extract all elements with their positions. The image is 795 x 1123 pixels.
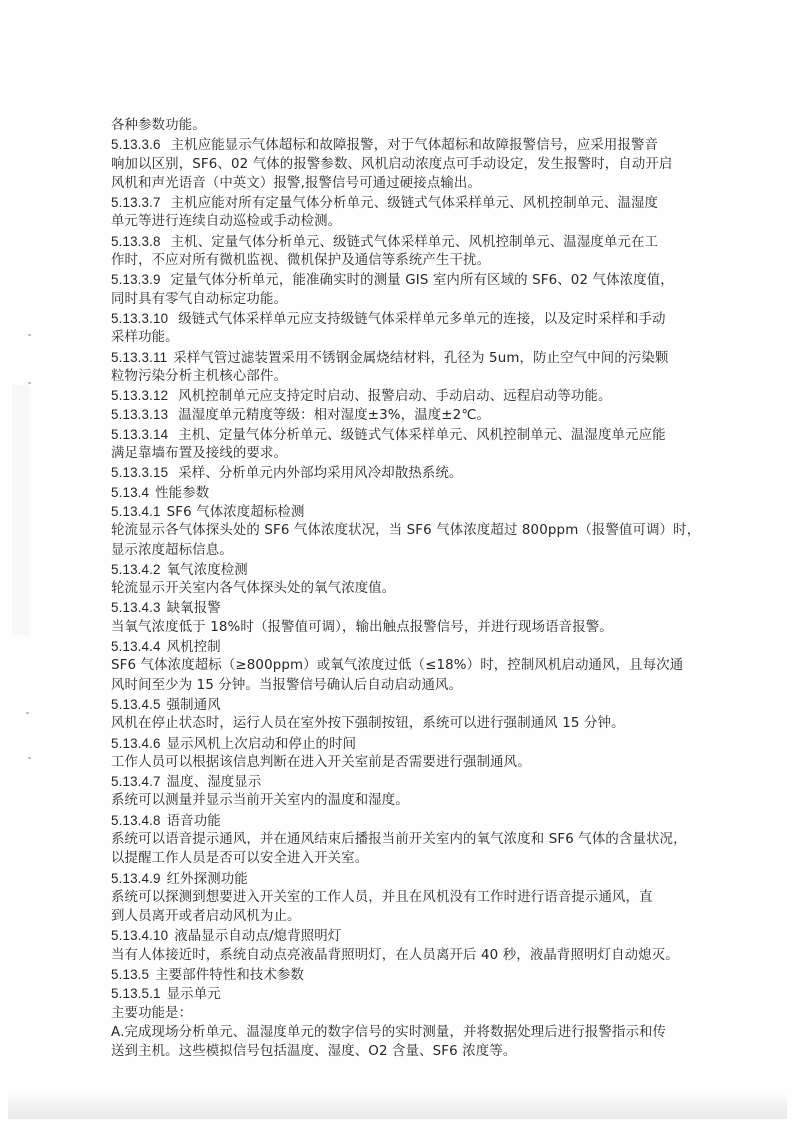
paragraph-line: 系统可以探测到想要进入开关室的工作人员，并且在风机没有工作时进行语音提示通风，直 xyxy=(111,888,691,907)
body-text: 风机在停止状态时，运行人员在室外按下强制按钮，系统可以进行强制通风 15 分钟。 xyxy=(111,716,625,731)
section-number: 5.13.3.14 xyxy=(111,427,168,442)
section-line: 5.13.4.7温度、湿度显示 xyxy=(111,772,691,791)
paragraph-line: 轮流显示各气体探头处的 SF6 气体浓度状况，当 SF6 气体浓度超过 800p… xyxy=(111,521,691,540)
section-number: 5.13.4.5 xyxy=(111,697,161,712)
body-text: 系统可以探测到想要进入开关室的工作人员，并且在风机没有工作时进行语音提示通风，直 xyxy=(111,890,653,905)
paragraph-line: 送到主机。这些模拟信号包括温度、湿度、O2 含量、SF6 浓度等。 xyxy=(111,1042,691,1061)
section-number: 5.13.4.9 xyxy=(111,871,161,886)
section-text: 主机应能显示气体超标和故障报警，对于气体超标和故障报警信号，应采用报警音 xyxy=(171,138,658,153)
section-number: 5.13.4.2 xyxy=(111,562,161,577)
scan-speck xyxy=(28,382,31,384)
body-text: 当有人体接近时，系统自动点亮液晶背照明灯，在人员离开后 40 秒，液晶背照明灯自… xyxy=(111,948,679,963)
document-page: 各种参数功能。5.13.3.6主机应能显示气体超标和故障报警，对于气体超标和故障… xyxy=(0,0,795,1123)
section-text: 语音功能 xyxy=(167,814,221,829)
paragraph-line: SF6 气体浓度超标（≥800ppm）或氧气浓度过低（≤18%）时，控制风机启动… xyxy=(111,656,691,675)
section-line: 5.13.5主要部件特性和技术参数 xyxy=(111,965,691,984)
section-number: 5.13.5 xyxy=(111,967,149,982)
body-text: 以提醒工作人员是否可以安全进入开关室。 xyxy=(111,851,368,866)
section-line: 5.13.4.10液晶显示自动点/熄背照明灯 xyxy=(111,926,691,945)
paragraph-line: 采样功能。 xyxy=(111,328,691,347)
paragraph-line: 轮流显示开关室内各气体探头处的氧气浓度值。 xyxy=(111,579,691,598)
section-number: 5.13.4.4 xyxy=(111,639,161,654)
section-line: 5.13.3.10级链式气体采样单元应支持级链气体采样单元多单元的连接，以及定时… xyxy=(111,309,691,328)
section-text: 主机、定量气体分析单元、级链式气体采样单元、风机控制单元、温湿度单元在工 xyxy=(171,235,658,250)
section-number: 5.13.3.15 xyxy=(111,465,168,480)
section-number: 5.13.4.7 xyxy=(111,774,161,789)
section-line: 5.13.4.2氧气浓度检测 xyxy=(111,560,691,579)
body-text: 响加以区别，SF6、02 气体的报警参数、风机启动浓度点可手动设定，发生报警时，… xyxy=(111,157,672,172)
body-text: 同时具有零气自动标定功能。 xyxy=(111,292,287,307)
section-text: 性能参数 xyxy=(155,486,209,501)
paragraph-line: 风机和声光语音（中英文）报警,报警信号可通过硬接点输出。 xyxy=(111,174,691,193)
section-number: 5.13.3.6 xyxy=(111,137,161,152)
section-line: 5.13.4.1SF6 气体浓度超标检测 xyxy=(111,502,691,521)
body-text: 作时，不应对所有微机监视、微机保护及通信等系统产生干扰。 xyxy=(111,253,490,268)
paragraph-line: 显示浓度超标信息。 xyxy=(111,541,691,560)
section-number: 5.13.4.10 xyxy=(111,928,168,943)
paragraph-line: 风时间至少为 15 分钟。当报警信号确认后自动启动通风。 xyxy=(111,676,691,695)
body-text: 到人员离开或者启动风机为止。 xyxy=(111,909,301,924)
section-text: 显示风机上次启动和停止的时间 xyxy=(167,737,357,752)
body-text: 各种参数功能。 xyxy=(111,118,206,133)
section-text: 采样、分析单元内外部均采用风冷却散热系统。 xyxy=(178,466,462,481)
section-line: 5.13.4.8语音功能 xyxy=(111,811,691,830)
paragraph-line: 各种参数功能。 xyxy=(111,116,691,135)
section-text: 温度、湿度显示 xyxy=(167,775,262,790)
body-text: A.完成现场分析单元、温湿度单元的数字信号的实时测量，并将数据处理后进行报警指示… xyxy=(111,1025,666,1040)
body-text: 风时间至少为 15 分钟。当报警信号确认后自动启动通风。 xyxy=(111,678,462,693)
document-body: 各种参数功能。5.13.3.6主机应能显示气体超标和故障报警，对于气体超标和故障… xyxy=(111,116,691,1062)
paragraph-line: 当有人体接近时，系统自动点亮液晶背照明灯，在人员离开后 40 秒，液晶背照明灯自… xyxy=(111,946,691,965)
body-text: 轮流显示各气体探头处的 SF6 气体浓度状况，当 SF6 气体浓度超过 800p… xyxy=(111,523,700,538)
section-number: 5.13.3.8 xyxy=(111,234,161,249)
paragraph-line: 满足靠墙布置及接线的要求。 xyxy=(111,444,691,463)
section-number: 5.13.3.12 xyxy=(111,388,168,403)
section-line: 5.13.4.6显示风机上次启动和停止的时间 xyxy=(111,734,691,753)
body-text: 轮流显示开关室内各气体探头处的氧气浓度值。 xyxy=(111,581,395,596)
scan-speck xyxy=(28,757,31,759)
section-line: 5.13.5.1显示单元 xyxy=(111,984,691,1003)
body-text: 粒物污染分析主机核心部件。 xyxy=(111,369,287,384)
section-number: 5.13.4.8 xyxy=(111,813,161,828)
body-text: 送到主机。这些模拟信号包括温度、湿度、O2 含量、SF6 浓度等。 xyxy=(111,1044,516,1059)
section-number: 5.13.4.3 xyxy=(111,600,161,615)
paragraph-line: 系统可以测量并显示当前开关室内的温度和湿度。 xyxy=(111,791,691,810)
body-text: 主要功能是： xyxy=(111,1006,192,1021)
section-text: 级链式气体采样单元应支持级链气体采样单元多单元的连接，以及定时采样和手动 xyxy=(178,312,665,327)
section-text: 液晶显示自动点/熄背照明灯 xyxy=(174,929,341,944)
paragraph-line: 工作人员可以根据该信息判断在进入开关室前是否需要进行强制通风。 xyxy=(111,753,691,772)
section-line: 5.13.4.3缺氧报警 xyxy=(111,598,691,617)
section-line: 5.13.3.7主机应能对所有定量气体分析单元、级链式气体采样单元、风机控制单元… xyxy=(111,193,691,212)
scan-bottom-edge xyxy=(8,1093,787,1119)
section-text: 主机应能对所有定量气体分析单元、级链式气体采样单元、风机控制单元、温湿度 xyxy=(171,196,658,211)
section-text: 主机、定量气体分析单元、级链式气体采样单元、风机控制单元、温湿度单元应能 xyxy=(178,428,665,443)
body-text: SF6 气体浓度超标（≥800ppm）或氧气浓度过低（≤18%）时，控制风机启动… xyxy=(111,658,683,673)
section-line: 5.13.3.15采样、分析单元内外部均采用风冷却散热系统。 xyxy=(111,463,691,482)
section-line: 5.13.3.9定量气体分析单元，能准确实时的测量 GIS 室内所有区域的 SF… xyxy=(111,270,691,289)
body-text: 满足靠墙布置及接线的要求。 xyxy=(111,446,287,461)
section-line: 5.13.3.14主机、定量气体分析单元、级链式气体采样单元、风机控制单元、温湿… xyxy=(111,425,691,444)
section-text: 显示单元 xyxy=(167,987,221,1002)
section-text: SF6 气体浓度超标检测 xyxy=(167,505,305,520)
paragraph-line: 粒物污染分析主机核心部件。 xyxy=(111,367,691,386)
body-text: 系统可以测量并显示当前开关室内的温度和湿度。 xyxy=(111,793,409,808)
paragraph-line: 系统可以语音提示通风，并在通风结束后播报当前开关室内的氧气浓度和 SF6 气体的… xyxy=(111,830,691,849)
paragraph-line: 以提醒工作人员是否可以安全进入开关室。 xyxy=(111,849,691,868)
section-text: 缺氧报警 xyxy=(167,601,221,616)
scan-speck xyxy=(28,334,31,336)
section-line: 5.13.3.11采样气管过滤装置采用不锈钢金属烧结材料，孔径为 5um，防止空… xyxy=(111,348,691,367)
body-text: 工作人员可以根据该信息判断在进入开关室前是否需要进行强制通风。 xyxy=(111,755,531,770)
body-text: 显示浓度超标信息。 xyxy=(111,543,233,558)
section-text: 风机控制 xyxy=(167,640,221,655)
section-number: 5.13.3.10 xyxy=(111,311,168,326)
section-number: 5.13.4 xyxy=(111,485,149,500)
section-number: 5.13.3.13 xyxy=(111,407,168,422)
section-line: 5.13.4性能参数 xyxy=(111,483,691,502)
section-number: 5.13.3.9 xyxy=(111,272,161,287)
paragraph-line: 响加以区别，SF6、02 气体的报警参数、风机启动浓度点可手动设定，发生报警时，… xyxy=(111,155,691,174)
paragraph-line: 同时具有零气自动标定功能。 xyxy=(111,290,691,309)
body-text: 系统可以语音提示通风，并在通风结束后播报当前开关室内的氧气浓度和 SF6 气体的… xyxy=(111,832,687,847)
paragraph-line: 作时，不应对所有微机监视、微机保护及通信等系统产生干扰。 xyxy=(111,251,691,270)
section-line: 5.13.4.4风机控制 xyxy=(111,637,691,656)
paragraph-line: 风机在停止状态时，运行人员在室外按下强制按钮，系统可以进行强制通风 15 分钟。 xyxy=(111,714,691,733)
section-number: 5.13.4.1 xyxy=(111,504,161,519)
section-line: 5.13.3.13温湿度单元精度等级：相对湿度±3%，温度±2℃。 xyxy=(111,405,691,424)
section-line: 5.13.3.12风机控制单元应支持定时启动、报警启动、手动启动、远程启动等功能… xyxy=(111,386,691,405)
section-number: 5.13.4.6 xyxy=(111,736,161,751)
section-text: 氧气浓度检测 xyxy=(167,563,248,578)
body-text: 当氧气浓度低于 18%时（报警值可调），输出触点报警信号，并进行现场语音报警。 xyxy=(111,620,613,635)
section-text: 强制通风 xyxy=(167,698,221,713)
section-text: 红外探测功能 xyxy=(167,872,248,887)
section-text: 风机控制单元应支持定时启动、报警启动、手动启动、远程启动等功能。 xyxy=(178,389,611,404)
section-line: 5.13.3.6主机应能显示气体超标和故障报警，对于气体超标和故障报警信号，应采… xyxy=(111,135,691,154)
section-number: 5.13.3.11 xyxy=(111,350,167,365)
body-text: 风机和声光语音（中英文）报警,报警信号可通过硬接点输出。 xyxy=(111,176,481,191)
paragraph-line: 主要功能是： xyxy=(111,1004,691,1023)
section-text: 采样气管过滤装置采用不锈钢金属烧结材料，孔径为 5um，防止空气中间的污染颗 xyxy=(173,351,668,366)
body-text: 采样功能。 xyxy=(111,330,179,345)
section-number: 5.13.5.1 xyxy=(111,986,161,1001)
section-text: 定量气体分析单元，能准确实时的测量 GIS 室内所有区域的 SF6、02 气体浓… xyxy=(171,273,674,288)
paragraph-line: 单元等进行连续自动巡检或手动检测。 xyxy=(111,212,691,231)
section-number: 5.13.3.7 xyxy=(111,195,161,210)
section-line: 5.13.3.8主机、定量气体分析单元、级链式气体采样单元、风机控制单元、温湿度… xyxy=(111,232,691,251)
paragraph-line: 到人员离开或者启动风机为止。 xyxy=(111,907,691,926)
paragraph-line: 当氧气浓度低于 18%时（报警值可调），输出触点报警信号，并进行现场语音报警。 xyxy=(111,618,691,637)
scan-artifact-band xyxy=(12,385,30,635)
section-line: 5.13.4.9红外探测功能 xyxy=(111,869,691,888)
body-text: 单元等进行连续自动巡检或手动检测。 xyxy=(111,214,341,229)
section-text: 温湿度单元精度等级：相对湿度±3%，温度±2℃。 xyxy=(178,408,490,423)
scan-speck xyxy=(26,712,29,714)
section-line: 5.13.4.5强制通风 xyxy=(111,695,691,714)
section-text: 主要部件特性和技术参数 xyxy=(155,968,304,983)
paragraph-line: A.完成现场分析单元、温湿度单元的数字信号的实时测量，并将数据处理后进行报警指示… xyxy=(111,1023,691,1042)
